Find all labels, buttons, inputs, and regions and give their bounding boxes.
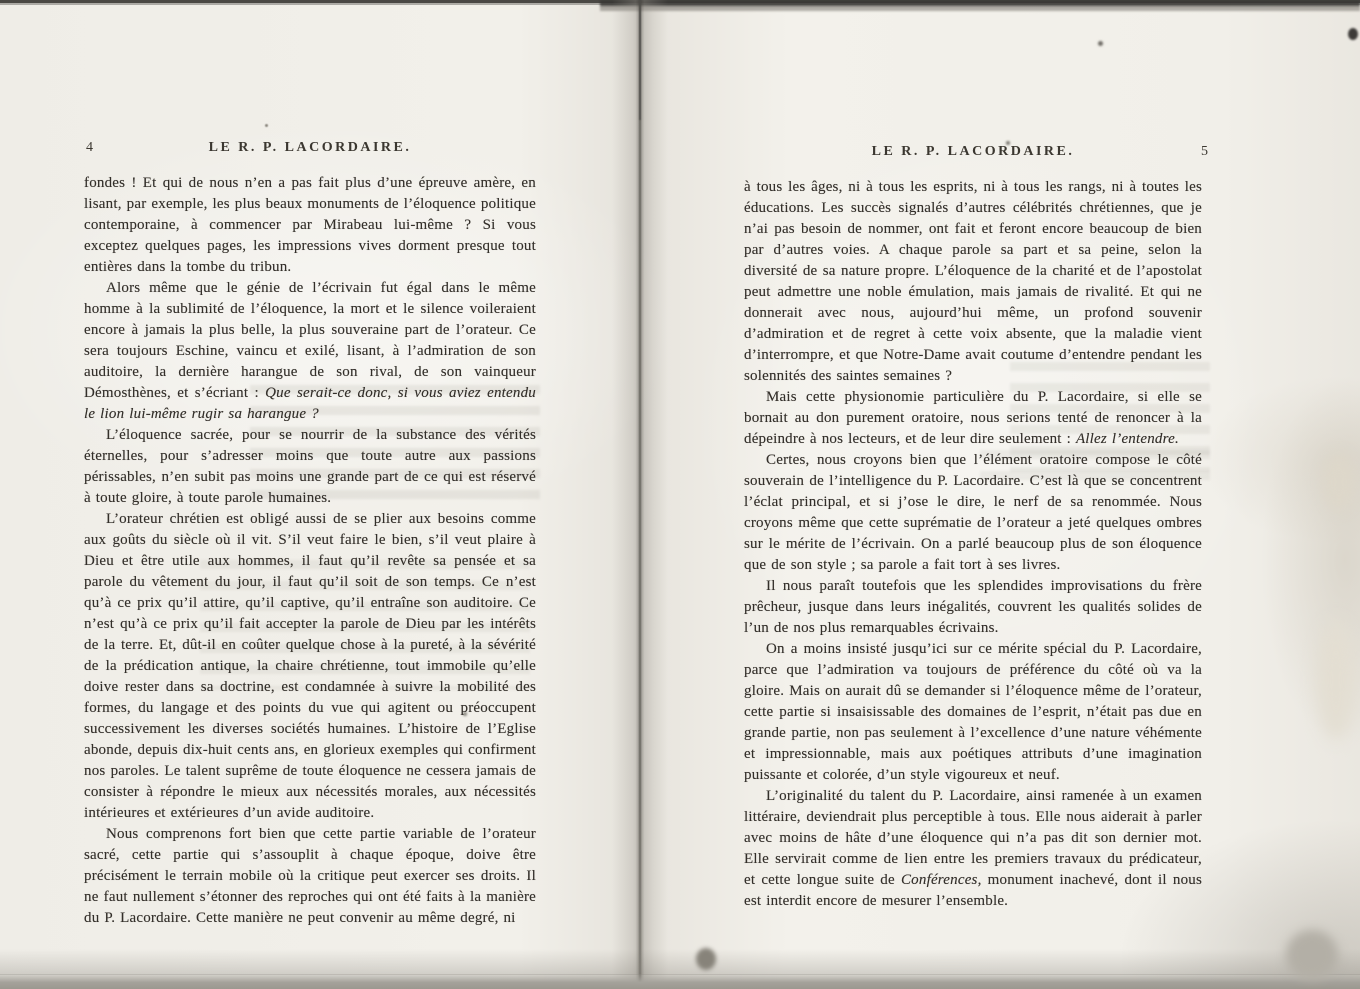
body-text: à tous les âges, ni à tous les esprits, … [744, 179, 1202, 384]
body-text: Nous comprenons fort bien que cette part… [84, 826, 536, 926]
scan-bottom-edge [0, 974, 1360, 989]
body-text: Alors même que le génie de l’écrivain fu… [84, 280, 536, 401]
paragraph: à tous les âges, ni à tous les esprits, … [744, 177, 1202, 387]
body-text: L’orateur chrétien est obligé aussi de s… [84, 511, 536, 821]
paragraph: fondes ! Et qui de nous n’en a pas fait … [84, 173, 536, 278]
ink-dot [1348, 28, 1358, 40]
body-text: On a moins insisté jusqu’ici sur ce méri… [744, 641, 1202, 783]
paragraph: Mais cette physionomie particulière du P… [744, 387, 1202, 450]
page-left: 4 LE R. P. LACORDAIRE. fondes ! Et qui d… [84, 140, 536, 929]
page-right: LE R. P. LACORDAIRE. 5 à tous les âges, … [744, 144, 1202, 912]
scan-top-edge-shadow [600, 0, 1360, 18]
italic-text: Conférences, [901, 872, 982, 888]
running-title: LE R. P. LACORDAIRE. [84, 140, 536, 156]
page-number: 5 [1201, 144, 1208, 160]
paper-speck [1098, 41, 1103, 46]
body-text: Il nous paraît toutefois que les splendi… [744, 578, 1202, 636]
paragraph: Il nous paraît toutefois que les splendi… [744, 576, 1202, 639]
paper-stain [1286, 930, 1338, 980]
scan-bottom-shadow [0, 949, 1360, 975]
ink-smudge [696, 948, 716, 970]
page-left-text: fondes ! Et qui de nous n’en a pas fait … [84, 173, 536, 929]
running-title: LE R. P. LACORDAIRE. [744, 144, 1202, 160]
paper-stain [1322, 452, 1356, 512]
paragraph: Alors même que le génie de l’écrivain fu… [84, 278, 536, 425]
body-text: fondes ! Et qui de nous n’en a pas fait … [84, 175, 536, 275]
paper-stain [1316, 620, 1356, 740]
body-text: L’éloquence sacrée, pour se nourrir de l… [84, 427, 536, 506]
paragraph: On a moins insisté jusqu’ici sur ce méri… [744, 639, 1202, 786]
body-text: Certes, nous croyons bien que l’élément … [744, 452, 1202, 573]
page-right-header: LE R. P. LACORDAIRE. 5 [744, 144, 1202, 166]
page-number: 4 [86, 140, 93, 156]
page-gutter-crease [639, 0, 641, 989]
paragraph: Nous comprenons fort bien que cette part… [84, 824, 536, 929]
page-left-header: 4 LE R. P. LACORDAIRE. [84, 140, 536, 162]
paragraph: Certes, nous croyons bien que l’élément … [744, 450, 1202, 576]
page-right-text: à tous les âges, ni à tous les esprits, … [744, 177, 1202, 912]
paragraph: L’orateur chrétien est obligé aussi de s… [84, 509, 536, 824]
paper-speck [265, 124, 268, 127]
paragraph: L’originalité du talent du P. Lacordaire… [744, 786, 1202, 912]
italic-text: Allez l’entendre. [1076, 431, 1179, 447]
paragraph: L’éloquence sacrée, pour se nourrir de l… [84, 425, 536, 509]
book-scan: 4 LE R. P. LACORDAIRE. fondes ! Et qui d… [0, 0, 1360, 989]
